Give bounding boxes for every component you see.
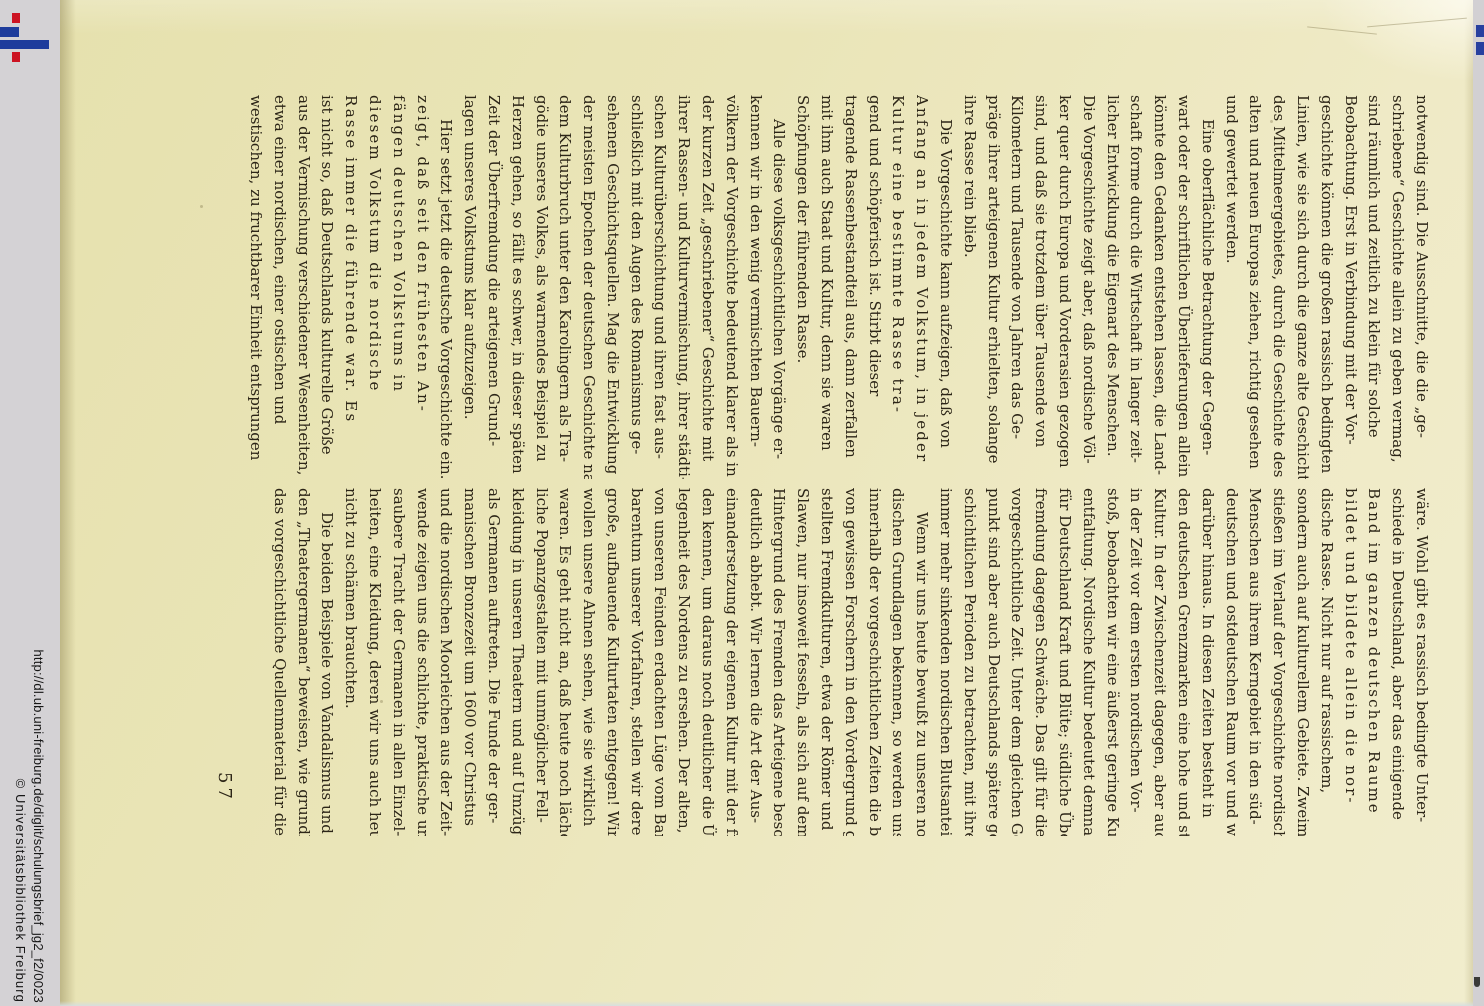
text-line: des Mittelmeergebietes, durch die Geschi…	[1266, 95, 1290, 479]
text-line: schiede in Deutschland, aber das einigen…	[1385, 488, 1409, 836]
text-line: Kilometern und Tausende von Jahren das G…	[1005, 95, 1029, 479]
text-line: Hintergrund des Fremden das Arteigene be…	[767, 488, 791, 836]
text-line: nicht zu schämen brauchten.	[338, 488, 362, 836]
text-line: Kultur. In der Zwischenzeit dagegen, abe…	[1147, 488, 1171, 836]
text-line: fremdung dagegen Schwäche. Das gilt für …	[1028, 488, 1052, 836]
text-line: gend und schöpferisch ist. Stirbt dieser	[862, 95, 886, 479]
text-line: der meisten Epochen der deutschen Geschi…	[576, 95, 600, 479]
text-line: ker quer durch Europa und Vorderasien ge…	[1052, 95, 1076, 479]
text-line: licher Entwicklung die Eigenart des Mens…	[1100, 95, 1124, 479]
text-line: diesem Volkstum die nordische	[362, 95, 386, 479]
text-line: zeigt, daß seit den frühesten An-	[410, 95, 434, 479]
text-line: wart oder der schriftlichen Überlieferun…	[1171, 95, 1195, 479]
text-line: schriebene“ Geschichte allein zu geben v…	[1385, 95, 1409, 479]
text-line: darüber hinaus. In diesen Zeiten besteht…	[1195, 488, 1219, 836]
copyright-text: © Universitätsbibliothek Freiburg	[11, 637, 29, 1003]
text-line: Anfang an in jedem Volkstum, in jeder	[909, 95, 933, 479]
digitized-scan-viewer: notwendig sind. Die Ausschnitte, die die…	[0, 0, 1484, 1006]
text-line: notwendig sind. Die Ausschnitte, die die…	[1409, 95, 1433, 479]
text-line: mit ihm auch Staat und Kultur, denn sie …	[814, 95, 838, 479]
scanned-page[interactable]: notwendig sind. Die Ausschnitte, die die…	[60, 0, 1473, 1006]
text-line: Hier setzt jetzt die deutsche Vorgeschic…	[434, 95, 458, 479]
text-line: und gewertet werden.	[1219, 95, 1243, 479]
text-line: Die Vorgeschichte zeigt aber, daß nordis…	[1076, 95, 1100, 479]
text-line: tragende Rassenbestandteil aus, dann zer…	[838, 95, 862, 479]
text-line: ihre Rasse rein blieb.	[957, 95, 981, 479]
text-line: den deutschen Grenzmarken eine hohe und …	[1171, 488, 1195, 836]
text-line: stießen im Verlauf der Vorgeschichte nor…	[1266, 488, 1290, 836]
text-line: große, aufbauende Kulturtaten entgegen! …	[600, 488, 624, 836]
text-line: das vorgeschichtliche Quellenmaterial fü…	[267, 488, 291, 836]
page-content-rotated: notwendig sind. Die Ausschnitte, die die…	[124, 0, 1484, 1006]
text-line: Alle diese volksgeschichtlichen Vorgänge…	[767, 95, 791, 479]
text-line: waren. Es geht nicht an, daß heute noch …	[553, 488, 577, 836]
text-line: westischen, zu fruchtbarer Einheit entsp…	[243, 95, 267, 479]
page-number: 57	[214, 772, 235, 803]
text-line: kennen wir in den wenig vermischten Baue…	[743, 95, 767, 479]
text-line: sondern auch auf kulturellem Gebiete. Zw…	[1290, 488, 1314, 836]
ub-freiburg-logo	[0, 0, 60, 70]
text-line: und die nordischen Moorleichen aus der Z…	[434, 488, 458, 836]
watermark-text-block: http://dl.ub.uni-freiburg.de/diglit/schu…	[11, 637, 47, 1003]
text-line: dischen Grundlagen bekennen, so werden u…	[886, 488, 910, 836]
text-line: als Germanen auftreten. Die Funde der ge…	[481, 488, 505, 836]
text-line: der kurzen Zeit „geschriebener“ Geschich…	[695, 95, 719, 479]
text-line: entfaltung. Nordische Kultur bedeutet de…	[1076, 488, 1100, 836]
text-line: barentum unserer Vorfahren, stellen wir …	[624, 488, 648, 836]
text-line: den kennen, um daraus noch deutlicher di…	[695, 488, 719, 836]
text-line: wende zeigen uns die schlichte, praktisc…	[410, 488, 434, 836]
text-line: liche Popanzgestalten mit unmöglicher Fe…	[529, 488, 553, 836]
text-line: präge ihrer arteigenen Kultur erhielten,…	[981, 95, 1005, 479]
text-line: Die Vorgeschichte kann aufzeigen, daß vo…	[933, 95, 957, 479]
text-line: Slawen, nur insoweit fesseln, als sich a…	[790, 488, 814, 836]
text-line: lagen unseres Volkstums klar aufzuzeigen…	[457, 95, 481, 479]
text-line: sind räumlich und zeitlich zu klein für …	[1362, 95, 1386, 479]
text-line: in der Zeit vor dem ersten nordischen Vo…	[1124, 488, 1148, 836]
text-line: Herzen gehen, so fällt es schwer, in die…	[505, 95, 529, 479]
logo-blue-bar-short	[0, 27, 19, 37]
text-line: Kultur eine bestimmte Rasse tra-	[886, 95, 910, 479]
text-line: Eine oberflächliche Betrachtung der Gege…	[1195, 95, 1219, 479]
text-line: den „Theatergermanen“ beweisen, wie grun…	[291, 488, 315, 836]
text-line: sind, und daß sie trotzdem über Tausende…	[1028, 95, 1052, 479]
text-line: Zeit der Überfremdung die arteigenen Gru…	[481, 95, 505, 479]
text-line: manischen Bronzezeit um 1600 vor Christu…	[457, 488, 481, 836]
text-line: für Deutschland Kraft und Blüte; südlich…	[1052, 488, 1076, 836]
text-line: schließlich mit den Augen des Romanismus…	[624, 95, 648, 479]
text-line: Beobachtung. Erst in Verbindung mit der …	[1338, 95, 1362, 479]
logo-red-square-top	[12, 13, 20, 23]
text-line: von gewissen Forschern in den Vordergrun…	[838, 488, 862, 836]
text-line: Rasse immer die führende war. Es	[338, 95, 362, 479]
text-line: völkern der Vorgeschichte bedeutend klar…	[719, 95, 743, 479]
text-line: einandersetzung der eigenen Kultur mit d…	[719, 488, 743, 836]
text-line: schichtlichen Perioden zu betrachten, mi…	[957, 488, 981, 836]
text-line: sehenen Geschichtsquellen. Mag die Entwi…	[600, 95, 624, 479]
text-line: Menschen aus ihrem Kerngebiet in den süd…	[1243, 488, 1267, 836]
text-line: ist nicht so, daß Deutschlands kulturell…	[315, 95, 339, 479]
text-line: fängen deutschen Volkstums in	[386, 95, 410, 479]
text-line: deutschen und ostdeutschen Raum vor und …	[1219, 488, 1243, 836]
text-line: geschichte können die großen rassisch be…	[1314, 95, 1338, 479]
text-column-left: notwendig sind. Die Ausschnitte, die die…	[237, 95, 1433, 479]
text-line: saubere Tracht der Germanen in allen Ein…	[386, 488, 410, 836]
text-line: könnte den Gedanken entstehen lassen, di…	[1147, 95, 1171, 479]
text-line: immer mehr sinkenden nordischen Blutsant…	[933, 488, 957, 836]
text-line: innerhalb der vorgeschichtlichen Zeiten …	[862, 488, 886, 836]
text-column-right: wäre. Wohl gibt es rassisch bedingte Unt…	[237, 488, 1433, 836]
text-line: punkt sind aber auch Deutschlands später…	[981, 488, 1005, 836]
text-line: gödie unseres Volkes, als warnendes Beis…	[529, 95, 553, 479]
logo-red-square-bottom	[12, 52, 20, 62]
source-url-text: http://dl.ub.uni-freiburg.de/diglit/schu…	[29, 637, 47, 1003]
text-line: stoß, beobachten wir eine äußerst gering…	[1100, 488, 1124, 836]
text-line: dische Rasse. Nicht nur auf rassischem,	[1314, 488, 1338, 836]
right-margin-strip	[1473, 0, 1484, 1006]
text-line: bildet und bildete allein die nor-	[1338, 488, 1362, 836]
text-line: Wenn wir uns heute bewußt zu unseren nor…	[909, 488, 933, 836]
text-line: Band im ganzen deutschen Raume	[1362, 488, 1386, 836]
text-line: legenheit des Nordens zu ersehen. Der al…	[672, 488, 696, 836]
text-line: dem Kulturbruch unter den Karolingern al…	[553, 95, 577, 479]
text-line: heiten, eine Kleidung, deren wir uns auc…	[362, 488, 386, 836]
left-margin-strip: http://dl.ub.uni-freiburg.de/diglit/schu…	[0, 0, 60, 1006]
text-line: alten und neuen Europas ziehen, richtig …	[1243, 95, 1267, 479]
right-strip-blue-mark-top	[1476, 25, 1484, 37]
text-line: wollen unsere Ahnen sehen, wie sie wirkl…	[576, 488, 600, 836]
text-line: Schöpfungen der führenden Rasse.	[790, 95, 814, 479]
logo-blue-bar-long	[0, 40, 49, 49]
text-line: aus der Vermischung verschiedener Wesenh…	[291, 95, 315, 479]
text-line: von unseren Feinden erdachten Lüge vom B…	[648, 488, 672, 836]
text-line: deutlich abhebt. Wir lernen die Art der …	[743, 488, 767, 836]
text-line: schen Kulturüberschichtung und ihren fas…	[648, 95, 672, 479]
text-line: Linien, wie sie sich durch die ganze alt…	[1290, 95, 1314, 479]
text-line: kleidung in unseren Theatern und auf Umz…	[505, 488, 529, 836]
right-strip-dark-mark	[1474, 977, 1480, 987]
text-line: ihrer Rassen- und Kulturvermischung, ihr…	[672, 95, 696, 479]
text-line: stellten Fremdkulturen, etwa der Römer u…	[814, 488, 838, 836]
text-line: etwa einer nordischen, einer ostischen u…	[267, 95, 291, 479]
text-line: wäre. Wohl gibt es rassisch bedingte Unt…	[1409, 488, 1433, 836]
text-line: schaft forme durch die Wirtschaft in lan…	[1124, 95, 1148, 479]
text-line: Die beiden Beispiele von Vandalismus und	[315, 488, 339, 836]
right-strip-blue-mark-bottom	[1476, 42, 1484, 55]
text-line: vorgeschichtliche Zeit. Unter dem gleich…	[1005, 488, 1029, 836]
